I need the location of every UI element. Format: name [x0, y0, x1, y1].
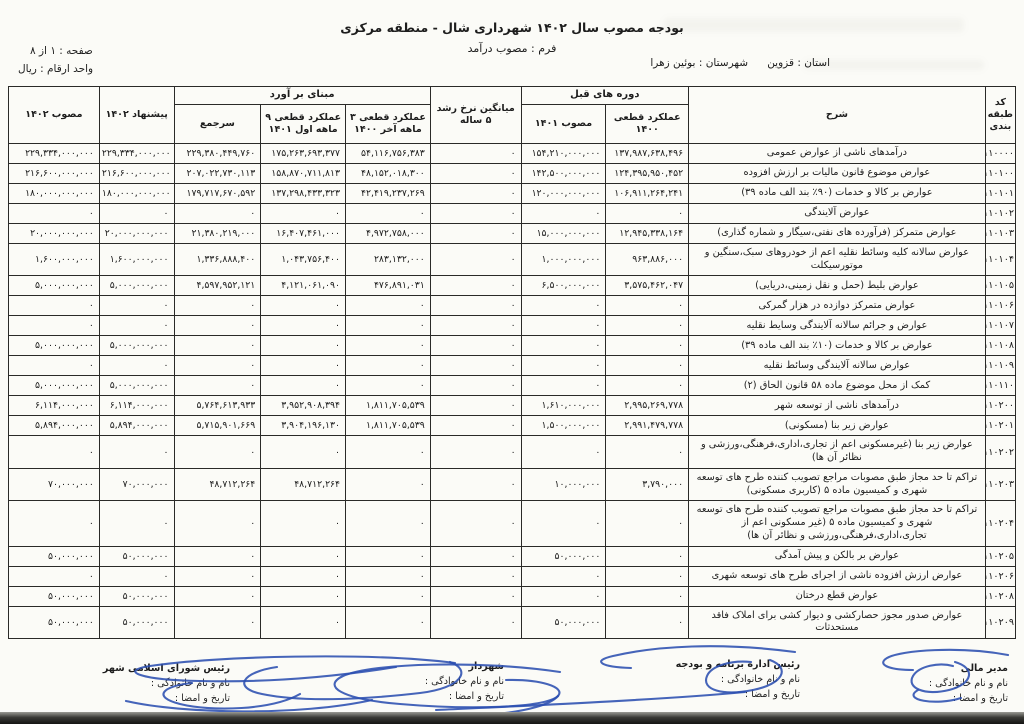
- cell-proposed_1402: ۰: [99, 316, 174, 336]
- cell-perf_9m_1401: ۰: [261, 546, 346, 566]
- cell-perf_3m_1400: ۴۷۶,۸۹۱,۰۳۱: [346, 276, 431, 296]
- cell-total: ۰: [174, 204, 261, 224]
- signature-block-council-head: رئیس شورای اسلامی شهر نام و نام خانوادگی…: [103, 662, 230, 707]
- cell-perf_1400: ۰: [606, 376, 689, 396]
- cell-perf_1400: ۲,۹۹۱,۴۷۹,۷۷۸: [606, 416, 689, 436]
- table-row: ۱۱۰۱۰۸عوارض بر کالا و خدمات (۱۰٪ بند الف…: [9, 336, 1016, 356]
- cell-total: ۰: [174, 296, 261, 316]
- name-label: نام و نام خانوادگی :: [425, 675, 504, 690]
- cell-desc: عوارض آلایندگی: [689, 204, 986, 224]
- cell-perf_3m_1400: ۰: [346, 316, 431, 336]
- table-row: ۱۱۰۱۰۲عوارض آلایندگی۰۰۰۰۰۰۰۰: [9, 204, 1016, 224]
- cell-perf_1400: ۰: [606, 501, 689, 546]
- cell-approved_1401: ۰: [521, 586, 606, 606]
- cell-growth_rate: ۰: [430, 244, 521, 276]
- cell-perf_1400: ۱۲,۹۴۵,۳۳۸,۱۶۴: [606, 224, 689, 244]
- cell-code: ۱۱۰۱۰۹: [985, 356, 1015, 376]
- cell-desc: عوارض قطع درختان: [689, 586, 986, 606]
- cell-total: ۲۲۹,۳۸۰,۴۴۹,۷۶۰: [174, 144, 261, 164]
- date-label: تاریخ و امضا :: [676, 688, 800, 703]
- cell-approved_1401: ۰: [521, 501, 606, 546]
- cell-perf_9m_1401: ۰: [261, 606, 346, 638]
- cell-perf_1400: ۰: [606, 566, 689, 586]
- table-row: ۱۱۰۲۰۶عوارض ارزش افزوده ناشی از اجرای طر…: [9, 566, 1016, 586]
- cell-desc: عوارض متمرکز (فرآورده های نفتی،سیگار و ش…: [689, 224, 986, 244]
- cell-growth_rate: ۰: [430, 376, 521, 396]
- cell-perf_1400: ۹۶۳,۸۸۶,۰۰۰: [606, 244, 689, 276]
- cell-desc: درآمدهای ناشی از توسعه شهر: [689, 396, 986, 416]
- scan-smudge: [804, 60, 984, 70]
- cell-approved_1402: ۵,۰۰۰,۰۰۰,۰۰۰: [9, 376, 100, 396]
- cell-total: ۵,۷۶۴,۶۱۳,۹۳۳: [174, 396, 261, 416]
- table-row: ۱۱۰۱۰۰عوارض موضوع قانون مالیات بر ارزش ا…: [9, 164, 1016, 184]
- cell-proposed_1402: ۵,۰۰۰,۰۰۰,۰۰۰: [99, 276, 174, 296]
- cell-total: ۰: [174, 501, 261, 546]
- cell-desc: کمک از محل موضوع ماده ۵۸ قانون الحاق (۲): [689, 376, 986, 396]
- table-row: ۱۱۰۲۰۴تراکم تا حد مجاز طبق مصوبات مراجع …: [9, 501, 1016, 546]
- cell-growth_rate: ۰: [430, 336, 521, 356]
- cell-perf_3m_1400: ۰: [346, 296, 431, 316]
- cell-approved_1402: ۵۰,۰۰۰,۰۰۰: [9, 546, 100, 566]
- cell-approved_1402: ۲۲۹,۳۳۴,۰۰۰,۰۰۰: [9, 144, 100, 164]
- signature-block-financial-manager: مدیر مالی نام و نام خانوادگی : تاریخ و ا…: [929, 662, 1008, 707]
- cell-approved_1401: ۵۰,۰۰۰,۰۰۰: [521, 606, 606, 638]
- cell-code: ۱۱۰۲۰۱: [985, 416, 1015, 436]
- cell-desc: تراکم تا حد مجاز طبق مصوبات مراجع تصویب …: [689, 468, 986, 500]
- cell-approved_1402: ۰: [9, 204, 100, 224]
- cell-growth_rate: ۰: [430, 164, 521, 184]
- cell-perf_3m_1400: ۰: [346, 436, 431, 468]
- cell-perf_3m_1400: ۴۸,۱۵۲,۰۱۸,۳۰۰: [346, 164, 431, 184]
- cell-approved_1402: ۵,۰۰۰,۰۰۰,۰۰۰: [9, 276, 100, 296]
- cell-approved_1401: ۰: [521, 336, 606, 356]
- cell-proposed_1402: ۱۸۰,۰۰۰,۰۰۰,۰۰۰: [99, 184, 174, 204]
- cell-total: ۴۸,۷۱۲,۲۶۴: [174, 468, 261, 500]
- table-row: ۱۱۰۱۱۰کمک از محل موضوع ماده ۵۸ قانون الح…: [9, 376, 1016, 396]
- signatory-title: شهردار: [425, 660, 504, 675]
- cell-code: ۱۱۰۱۰۱: [985, 184, 1015, 204]
- province-label: استان : قزوین: [767, 57, 830, 69]
- cell-perf_9m_1401: ۴,۱۲۱,۰۶۱,۰۹۰: [261, 276, 346, 296]
- cell-perf_3m_1400: ۰: [346, 204, 431, 224]
- cell-code: ۱۱۰۱۰۴: [985, 244, 1015, 276]
- cell-total: ۲۰۷,۰۲۲,۷۳۰,۱۱۳: [174, 164, 261, 184]
- cell-desc: درآمدهای ناشی از عوارض عمومی: [689, 144, 986, 164]
- cell-total: ۲۱,۳۸۰,۲۱۹,۰۰۰: [174, 224, 261, 244]
- cell-code: ۱۱۰۲۰۲: [985, 436, 1015, 468]
- cell-perf_1400: ۱۲۴,۳۹۵,۹۵۰,۴۵۲: [606, 164, 689, 184]
- table-row: ۱۱۰۱۰۳عوارض متمرکز (فرآورده های نفتی،سیگ…: [9, 224, 1016, 244]
- cell-approved_1402: ۰: [9, 566, 100, 586]
- cell-approved_1401: ۰: [521, 316, 606, 336]
- cell-perf_1400: ۰: [606, 316, 689, 336]
- cell-perf_1400: ۰: [606, 296, 689, 316]
- table-row: ۱۱۰۲۰۰درآمدهای ناشی از توسعه شهر۲,۹۹۵,۲۶…: [9, 396, 1016, 416]
- table-row: ۱۱۰۰۰۰درآمدهای ناشی از عوارض عمومی۱۳۷,۹۸…: [9, 144, 1016, 164]
- cell-perf_1400: ۳,۵۷۵,۴۶۲,۰۴۷: [606, 276, 689, 296]
- cell-total: ۰: [174, 336, 261, 356]
- scanned-budget-page: بودجه مصوب سال ۱۴۰۲ شهرداری شال - منطقه …: [0, 0, 1024, 724]
- cell-total: ۰: [174, 586, 261, 606]
- cell-proposed_1402: ۵۰,۰۰۰,۰۰۰: [99, 606, 174, 638]
- cell-proposed_1402: ۵۰,۰۰۰,۰۰۰: [99, 586, 174, 606]
- cell-perf_9m_1401: ۰: [261, 376, 346, 396]
- cell-perf_1400: ۳,۷۹۰,۰۰۰: [606, 468, 689, 500]
- cell-total: ۰: [174, 436, 261, 468]
- cell-approved_1401: ۵۰,۰۰۰,۰۰۰: [521, 546, 606, 566]
- signatory-title: رئیس اداره برنامه و بودجه: [676, 658, 800, 673]
- table-row: ۱۱۰۲۰۲عوارض زیر بنا (غیرمسکونی اعم از تج…: [9, 436, 1016, 468]
- header-approved-1402: مصوب ۱۴۰۲: [9, 87, 100, 144]
- cell-total: ۰: [174, 606, 261, 638]
- table-row: ۱۱۰۱۰۷عوارض و جرائم سالانه آلایندگی وسای…: [9, 316, 1016, 336]
- cell-approved_1401: ۱۰,۰۰۰,۰۰۰: [521, 468, 606, 500]
- cell-growth_rate: ۰: [430, 436, 521, 468]
- cell-approved_1401: ۱۲۰,۰۰۰,۰۰۰,۰۰۰: [521, 184, 606, 204]
- cell-growth_rate: ۰: [430, 204, 521, 224]
- cell-approved_1402: ۲۱۶,۶۰۰,۰۰۰,۰۰۰: [9, 164, 100, 184]
- cell-perf_3m_1400: ۰: [346, 501, 431, 546]
- cell-perf_9m_1401: ۰: [261, 336, 346, 356]
- cell-approved_1401: ۰: [521, 204, 606, 224]
- cell-proposed_1402: ۰: [99, 296, 174, 316]
- signatory-title: مدیر مالی: [929, 662, 1008, 677]
- scan-edge-shadow: [0, 712, 1024, 724]
- cell-perf_3m_1400: ۱,۸۱۱,۷۰۵,۵۳۹: [346, 416, 431, 436]
- cell-proposed_1402: ۵,۸۹۴,۰۰۰,۰۰۰: [99, 416, 174, 436]
- cell-perf_1400: ۰: [606, 436, 689, 468]
- cell-desc: عوارض بر بالکن و پیش آمدگی: [689, 546, 986, 566]
- cell-desc: عوارض زیر بنا (غیرمسکونی اعم از تجاری،اد…: [689, 436, 986, 468]
- cell-perf_9m_1401: ۰: [261, 566, 346, 586]
- cell-approved_1402: ۱۸۰,۰۰۰,۰۰۰,۰۰۰: [9, 184, 100, 204]
- cell-code: ۱۱۰۱۰۰: [985, 164, 1015, 184]
- cell-desc: عوارض و جرائم سالانه آلایندگی وسایط نقلی…: [689, 316, 986, 336]
- document-title: بودجه مصوب سال ۱۴۰۲ شهرداری شال - منطقه …: [0, 20, 1024, 35]
- cell-perf_9m_1401: ۰: [261, 436, 346, 468]
- cell-growth_rate: ۰: [430, 184, 521, 204]
- cell-growth_rate: ۰: [430, 546, 521, 566]
- budget-table: کد طبقه بندی شرح دوره های قبل میانگین نر…: [8, 86, 1016, 639]
- cell-perf_3m_1400: ۵۴,۱۱۶,۷۵۶,۳۸۳: [346, 144, 431, 164]
- cell-growth_rate: ۰: [430, 566, 521, 586]
- county-label: شهرستان : بوئین زهرا: [650, 57, 748, 69]
- header-performance-1400: عملکرد قطعی ۱۴۰۰: [606, 105, 689, 144]
- cell-perf_9m_1401: ۱,۰۴۳,۷۵۶,۴۰۰: [261, 244, 346, 276]
- header-growth-rate: میانگین نرخ رشد ۵ ساله: [430, 87, 521, 144]
- name-label: نام و نام خانوادگی :: [676, 673, 800, 688]
- page-number: صفحه : ۱ از ۸: [30, 45, 93, 57]
- table-row: ۱۱۰۱۰۹عوارض سالانه آلایندگی وسائط نقلیه۰…: [9, 356, 1016, 376]
- cell-approved_1401: ۱۵۴,۲۱۰,۰۰۰,۰۰۰: [521, 144, 606, 164]
- cell-code: ۱۱۰۲۰۶: [985, 566, 1015, 586]
- cell-code: ۱۱۰۲۰۵: [985, 546, 1015, 566]
- cell-proposed_1402: ۱,۶۰۰,۰۰۰,۰۰۰: [99, 244, 174, 276]
- cell-perf_1400: ۰: [606, 336, 689, 356]
- cell-proposed_1402: ۲۱۶,۶۰۰,۰۰۰,۰۰۰: [99, 164, 174, 184]
- cell-approved_1402: ۰: [9, 501, 100, 546]
- cell-growth_rate: ۰: [430, 396, 521, 416]
- cell-desc: تراکم تا حد مجاز طبق مصوبات مراجع تصویب …: [689, 501, 986, 546]
- cell-growth_rate: ۰: [430, 224, 521, 244]
- cell-growth_rate: ۰: [430, 144, 521, 164]
- cell-perf_9m_1401: ۰: [261, 501, 346, 546]
- cell-proposed_1402: ۵۰,۰۰۰,۰۰۰: [99, 546, 174, 566]
- cell-perf_9m_1401: ۴۸,۷۱۲,۲۶۴: [261, 468, 346, 500]
- cell-proposed_1402: ۰: [99, 501, 174, 546]
- date-label: تاریخ و امضا :: [425, 690, 504, 705]
- cell-perf_1400: ۰: [606, 356, 689, 376]
- table-row: ۱۱۰۲۰۹عوارض صدور مجوز حصارکشی و دیوار کش…: [9, 606, 1016, 638]
- signature-block-budget-head: رئیس اداره برنامه و بودجه نام و نام خانو…: [676, 658, 800, 703]
- signatory-title: رئیس شورای اسلامی شهر: [103, 662, 230, 677]
- cell-desc: عوارض ارزش افزوده ناشی از اجرای طرح های …: [689, 566, 986, 586]
- cell-proposed_1402: ۶,۱۱۴,۰۰۰,۰۰۰: [99, 396, 174, 416]
- cell-growth_rate: ۰: [430, 501, 521, 546]
- header-performance-3m-1400: عملکرد قطعی ۳ ماهه آخر ۱۴۰۰: [346, 105, 431, 144]
- cell-approved_1401: ۰: [521, 376, 606, 396]
- header-classification-code: کد طبقه بندی: [985, 87, 1015, 144]
- table-row: ۱۱۰۲۰۸عوارض قطع درختان۰۰۰۰۰۰۵۰,۰۰۰,۰۰۰۵۰…: [9, 586, 1016, 606]
- cell-perf_1400: ۱۳۷,۹۸۷,۶۳۸,۴۹۶: [606, 144, 689, 164]
- cell-growth_rate: ۰: [430, 586, 521, 606]
- cell-code: ۱۱۰۱۰۷: [985, 316, 1015, 336]
- date-label: تاریخ و امضا :: [929, 692, 1008, 707]
- cell-perf_9m_1401: ۰: [261, 586, 346, 606]
- cell-approved_1401: ۰: [521, 296, 606, 316]
- cell-desc: عوارض متمرکز دوازده در هزار گمرکی: [689, 296, 986, 316]
- cell-code: ۱۱۰۲۰۳: [985, 468, 1015, 500]
- cell-perf_1400: ۰: [606, 586, 689, 606]
- cell-approved_1401: ۱,۵۰۰,۰۰۰,۰۰۰: [521, 416, 606, 436]
- cell-desc: عوارض بر کالا و خدمات (۱۰٪ بند الف ماده …: [689, 336, 986, 356]
- cell-total: ۰: [174, 546, 261, 566]
- cell-approved_1402: ۵۰,۰۰۰,۰۰۰: [9, 586, 100, 606]
- cell-total: ۵,۷۱۵,۹۰۱,۶۶۹: [174, 416, 261, 436]
- cell-perf_9m_1401: ۳,۹۰۴,۱۹۶,۱۳۰: [261, 416, 346, 436]
- cell-code: ۱۱۰۱۰۸: [985, 336, 1015, 356]
- cell-approved_1402: ۷۰,۰۰۰,۰۰۰: [9, 468, 100, 500]
- cell-perf_3m_1400: ۰: [346, 606, 431, 638]
- cell-perf_3m_1400: ۲۸۳,۱۳۲,۰۰۰: [346, 244, 431, 276]
- cell-growth_rate: ۰: [430, 416, 521, 436]
- cell-perf_9m_1401: ۳,۹۵۲,۹۰۸,۳۹۴: [261, 396, 346, 416]
- cell-desc: عوارض بر کالا و خدمات (۹۰٪ بند الف ماده …: [689, 184, 986, 204]
- cell-perf_1400: ۱۰۶,۹۱۱,۲۶۴,۲۴۱: [606, 184, 689, 204]
- cell-perf_3m_1400: ۱,۸۱۱,۷۰۵,۵۳۹: [346, 396, 431, 416]
- cell-code: ۱۱۰۱۰۵: [985, 276, 1015, 296]
- cell-proposed_1402: ۲۲۹,۳۳۴,۰۰۰,۰۰۰: [99, 144, 174, 164]
- cell-perf_3m_1400: ۰: [346, 376, 431, 396]
- cell-perf_9m_1401: ۱۳۷,۲۹۸,۴۳۳,۳۲۳: [261, 184, 346, 204]
- cell-code: ۱۱۰۱۰۳: [985, 224, 1015, 244]
- cell-perf_3m_1400: ۰: [346, 586, 431, 606]
- header-total: سرجمع: [174, 105, 261, 144]
- cell-approved_1401: ۱,۰۰۰,۰۰۰,۰۰۰: [521, 244, 606, 276]
- cell-total: ۴,۵۹۷,۹۵۲,۱۲۱: [174, 276, 261, 296]
- cell-perf_3m_1400: ۰: [346, 336, 431, 356]
- cell-perf_9m_1401: ۰: [261, 204, 346, 224]
- cell-proposed_1402: ۷۰,۰۰۰,۰۰۰: [99, 468, 174, 500]
- cell-growth_rate: ۰: [430, 356, 521, 376]
- cell-perf_1400: ۲,۹۹۵,۲۶۹,۷۷۸: [606, 396, 689, 416]
- cell-desc: عوارض سالانه آلایندگی وسائط نقلیه: [689, 356, 986, 376]
- cell-perf_1400: ۰: [606, 606, 689, 638]
- table-body: ۱۱۰۰۰۰درآمدهای ناشی از عوارض عمومی۱۳۷,۹۸…: [9, 144, 1016, 639]
- cell-approved_1402: ۵,۰۰۰,۰۰۰,۰۰۰: [9, 336, 100, 356]
- cell-perf_1400: ۰: [606, 546, 689, 566]
- table-row: ۱۱۰۱۰۴عوارض سالانه کلیه وسائط نقلیه اعم …: [9, 244, 1016, 276]
- name-label: نام و نام خانوادگی :: [929, 677, 1008, 692]
- cell-approved_1402: ۱,۶۰۰,۰۰۰,۰۰۰: [9, 244, 100, 276]
- cell-growth_rate: ۰: [430, 606, 521, 638]
- cell-approved_1402: ۵,۸۹۴,۰۰۰,۰۰۰: [9, 416, 100, 436]
- cell-desc: عوارض زیر بنا (مسکونی): [689, 416, 986, 436]
- table-row: ۱۱۰۱۰۱عوارض بر کالا و خدمات (۹۰٪ بند الف…: [9, 184, 1016, 204]
- signature-block-mayor: شهردار نام و نام خانوادگی : تاریخ و امضا…: [425, 660, 504, 705]
- table-row: ۱۱۰۱۰۵عوارض بلیط (حمل و نقل زمینی،دریایی…: [9, 276, 1016, 296]
- cell-desc: عوارض موضوع قانون مالیات بر ارزش افزوده: [689, 164, 986, 184]
- cell-perf_9m_1401: ۱۶,۴۰۷,۴۶۱,۰۰۰: [261, 224, 346, 244]
- cell-proposed_1402: ۰: [99, 436, 174, 468]
- cell-proposed_1402: ۲۰,۰۰۰,۰۰۰,۰۰۰: [99, 224, 174, 244]
- cell-total: ۰: [174, 316, 261, 336]
- cell-perf_9m_1401: ۱۷۵,۲۶۳,۶۹۳,۳۷۷: [261, 144, 346, 164]
- cell-desc: عوارض صدور مجوز حصارکشی و دیوار کشی برای…: [689, 606, 986, 638]
- cell-growth_rate: ۰: [430, 316, 521, 336]
- cell-desc: عوارض بلیط (حمل و نقل زمینی،دریایی): [689, 276, 986, 296]
- cell-approved_1401: ۰: [521, 356, 606, 376]
- cell-approved_1401: ۰: [521, 566, 606, 586]
- table-row: ۱۱۰۲۰۵عوارض بر بالکن و پیش آمدگی۰۵۰,۰۰۰,…: [9, 546, 1016, 566]
- cell-perf_9m_1401: ۰: [261, 356, 346, 376]
- cell-total: ۰: [174, 566, 261, 586]
- cell-total: ۰: [174, 356, 261, 376]
- header-description: شرح: [689, 87, 986, 144]
- cell-perf_9m_1401: ۱۵۸,۸۷۰,۷۱۱,۸۱۳: [261, 164, 346, 184]
- cell-perf_3m_1400: ۴۲,۴۱۹,۲۳۷,۲۶۹: [346, 184, 431, 204]
- currency-unit-label: واحد ارقام : ریال: [18, 63, 93, 75]
- cell-proposed_1402: ۰: [99, 356, 174, 376]
- cell-code: ۱۱۰۲۰۴: [985, 501, 1015, 546]
- cell-desc: عوارض سالانه کلیه وسائط نقلیه اعم از خود…: [689, 244, 986, 276]
- cell-growth_rate: ۰: [430, 468, 521, 500]
- cell-approved_1402: ۶,۱۱۴,۰۰۰,۰۰۰: [9, 396, 100, 416]
- table-row: ۱۱۰۲۰۳تراکم تا حد مجاز طبق مصوبات مراجع …: [9, 468, 1016, 500]
- cell-approved_1402: ۰: [9, 296, 100, 316]
- form-type-label: فرم : مصوب درآمد: [0, 42, 1024, 55]
- cell-perf_3m_1400: ۰: [346, 356, 431, 376]
- cell-code: ۱۱۰۱۰۲: [985, 204, 1015, 224]
- cell-proposed_1402: ۵,۰۰۰,۰۰۰,۰۰۰: [99, 376, 174, 396]
- header-estimate-basis-group: مبنای بر آورد: [174, 87, 430, 105]
- cell-approved_1401: ۰: [521, 436, 606, 468]
- cell-approved_1401: ۱۴۲,۵۰۰,۰۰۰,۰۰۰: [521, 164, 606, 184]
- cell-proposed_1402: ۰: [99, 204, 174, 224]
- header-approved-1401: مصوب ۱۴۰۱: [521, 105, 606, 144]
- cell-code: ۱۱۰۲۰۸: [985, 586, 1015, 606]
- cell-perf_3m_1400: ۰: [346, 566, 431, 586]
- cell-perf_9m_1401: ۰: [261, 296, 346, 316]
- cell-code: ۱۱۰۰۰۰: [985, 144, 1015, 164]
- cell-approved_1402: ۵۰,۰۰۰,۰۰۰: [9, 606, 100, 638]
- header-performance-9m-1401: عملکرد قطعی ۹ ماهه اول ۱۴۰۱: [261, 105, 346, 144]
- header-previous-periods-group: دوره های قبل: [521, 87, 689, 105]
- cell-perf_3m_1400: ۴,۹۷۲,۷۵۸,۰۰۰: [346, 224, 431, 244]
- cell-growth_rate: ۰: [430, 296, 521, 316]
- cell-approved_1401: ۶,۵۰۰,۰۰۰,۰۰۰: [521, 276, 606, 296]
- cell-perf_3m_1400: ۰: [346, 468, 431, 500]
- cell-proposed_1402: ۵,۰۰۰,۰۰۰,۰۰۰: [99, 336, 174, 356]
- cell-approved_1402: ۰: [9, 316, 100, 336]
- cell-total: ۱,۳۳۶,۸۸۸,۴۰۰: [174, 244, 261, 276]
- cell-approved_1401: ۱۵,۰۰۰,۰۰۰,۰۰۰: [521, 224, 606, 244]
- cell-approved_1401: ۱,۶۱۰,۰۰۰,۰۰۰: [521, 396, 606, 416]
- cell-perf_9m_1401: ۰: [261, 316, 346, 336]
- cell-proposed_1402: ۰: [99, 566, 174, 586]
- cell-total: ۰: [174, 376, 261, 396]
- table-row: ۱۱۰۱۰۶عوارض متمرکز دوازده در هزار گمرکی۰…: [9, 296, 1016, 316]
- cell-code: ۱۱۰۲۰۰: [985, 396, 1015, 416]
- cell-approved_1402: ۲۰,۰۰۰,۰۰۰,۰۰۰: [9, 224, 100, 244]
- cell-code: ۱۱۰۲۰۹: [985, 606, 1015, 638]
- date-label: تاریخ و امضا :: [103, 692, 230, 707]
- cell-perf_3m_1400: ۰: [346, 546, 431, 566]
- cell-growth_rate: ۰: [430, 276, 521, 296]
- header-proposed-1402: پیشنهاد ۱۴۰۲: [99, 87, 174, 144]
- cell-total: ۱۷۹,۷۱۷,۶۷۰,۵۹۲: [174, 184, 261, 204]
- cell-code: ۱۱۰۱۱۰: [985, 376, 1015, 396]
- cell-perf_1400: ۰: [606, 204, 689, 224]
- name-label: نام و نام خانوادگی :: [103, 677, 230, 692]
- cell-approved_1402: ۰: [9, 436, 100, 468]
- cell-code: ۱۱۰۱۰۶: [985, 296, 1015, 316]
- table-row: ۱۱۰۲۰۱عوارض زیر بنا (مسکونی)۲,۹۹۱,۴۷۹,۷۷…: [9, 416, 1016, 436]
- cell-approved_1402: ۰: [9, 356, 100, 376]
